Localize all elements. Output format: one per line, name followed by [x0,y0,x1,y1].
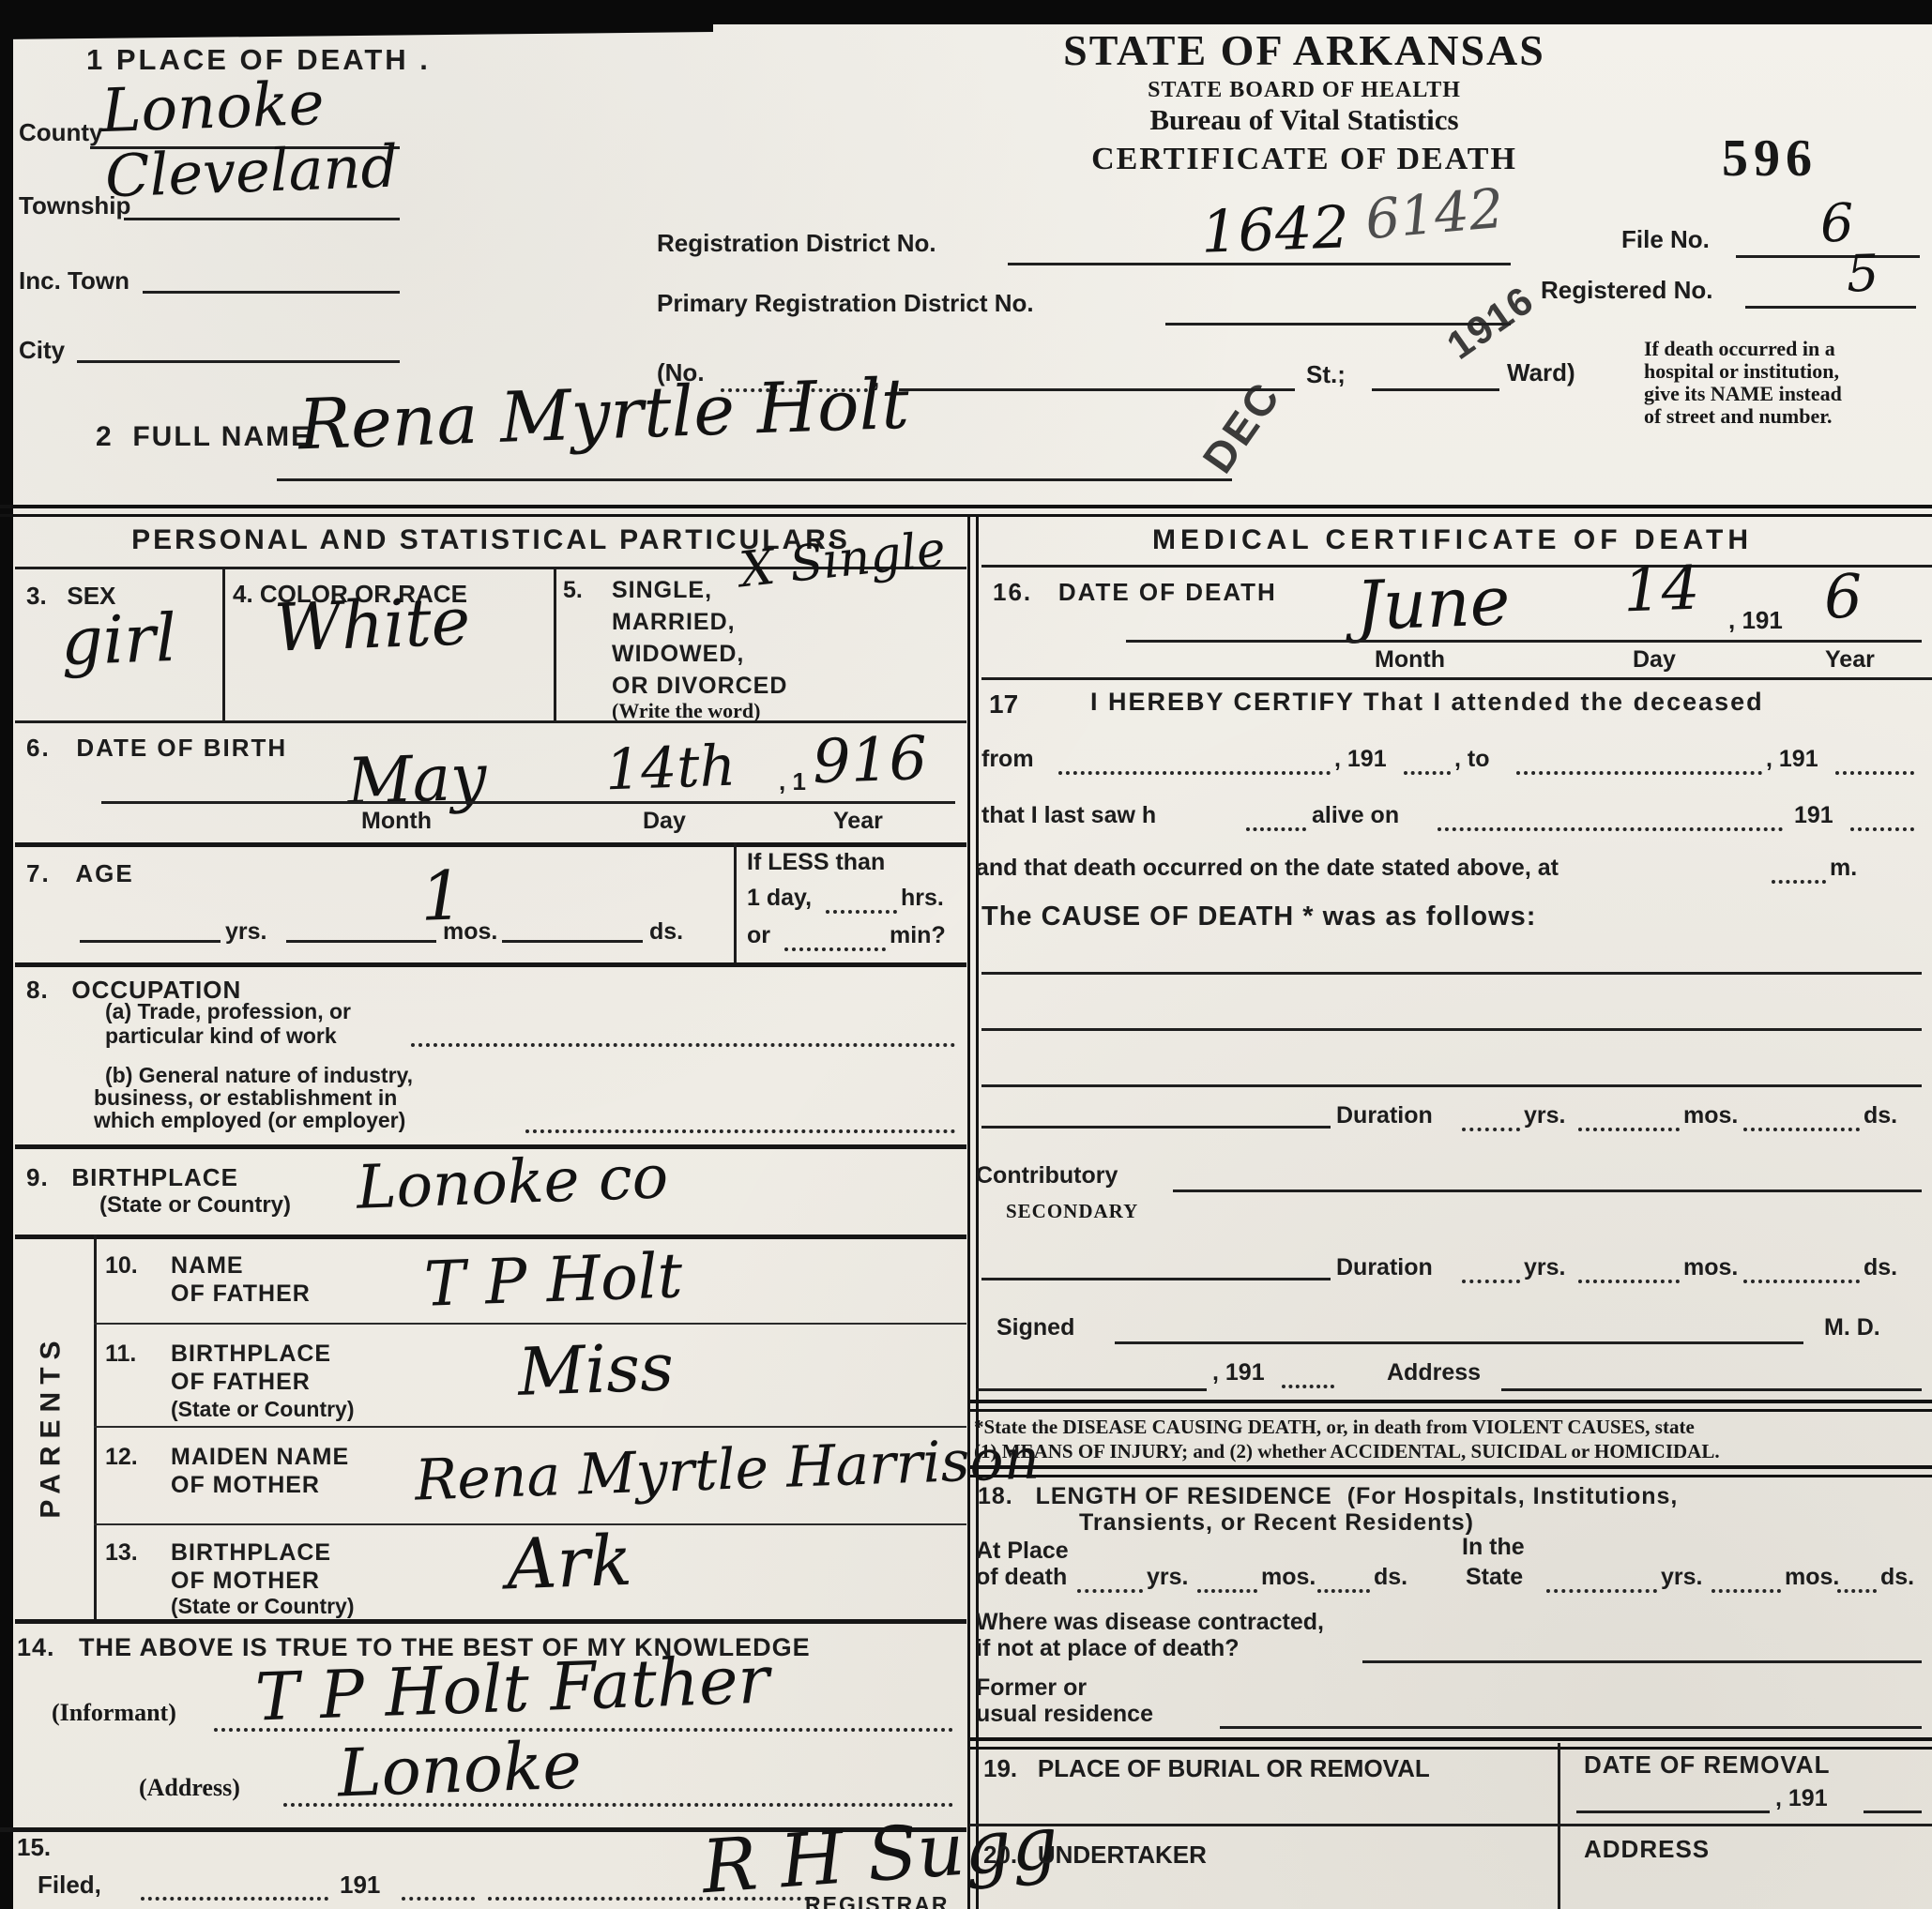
occupation-b-line1: (b) General nature of industry, [105,1064,413,1086]
last-saw-dots [1246,799,1306,831]
birthplace-label: 9. BIRTHPLACE [26,1165,238,1190]
filed-year: 191 [340,1872,380,1898]
sex-race-divider [222,568,225,720]
age-label: 7. AGE [26,861,134,886]
father-name-line [94,1293,966,1325]
scan-top-edge-blob [0,0,713,39]
cause-blank-line-2 [981,996,1922,1031]
former-residence-line [1220,1696,1922,1729]
dob-bottom-rule [15,842,966,847]
inc-town-label: Inc. Town [19,268,129,294]
marital-option-married: MARRIED, [612,610,736,634]
father-birthplace-label-1: BIRTHPLACE [171,1341,331,1366]
duration2-line [981,1246,1331,1280]
right-section-title: MEDICAL CERTIFICATE OF DEATH [983,525,1922,555]
alive-on-line [1438,799,1783,831]
former-residence-label-2: usual residence [976,1702,1153,1726]
age-subbox-divider [734,842,737,964]
ward-label: Ward) [1507,360,1575,386]
cause-of-death-label: The CAUSE OF DEATH * was as follows: [981,902,1536,931]
race-marital-divider [554,568,556,720]
residence-label-line-1: 18. LENGTH OF RESIDENCE (For Hospitals, … [978,1484,1678,1508]
in-state-ds-dots [1837,1561,1877,1593]
mother-birthplace-number: 13. [105,1540,138,1565]
dob-month-caption: Month [361,809,432,833]
attended-to-year-dots [1835,743,1914,775]
race-value: White [273,587,471,663]
in-state-yrs-label: yrs. [1661,1565,1702,1589]
attended-to-line [1516,743,1762,775]
duration2-yrs-dots [1462,1251,1520,1283]
certify-statement: I HEREBY CERTIFY That I attended the dec… [1090,689,1764,715]
sex-value: girl [60,604,178,677]
signed-address-line [1501,1356,1922,1391]
age-line-seg3 [502,908,643,943]
registered-no-label: Registered No. [1541,278,1713,303]
duration2-ds-label: ds. [1864,1255,1897,1280]
date-of-death-line [1126,606,1922,643]
age-min-label: min? [890,923,946,947]
age-hrs-dots [826,882,897,914]
in-the-label-2: State [1466,1565,1523,1589]
county-value: Lonoke [100,73,326,144]
registration-district-value-2: 6142 [1363,180,1506,250]
at-place-yrs-dots [1077,1561,1143,1593]
age-or-label: or [747,923,770,947]
hospital-note-line-1: If death occurred in a [1644,338,1835,359]
mother-birthplace-sublabel: (State or Country) [171,1595,355,1617]
marital-option-single: SINGLE, [612,578,712,602]
parents-vertical-label-box: PARENTS [13,1295,90,1557]
mother-name-number: 12. [105,1445,138,1469]
residence-label-line-2: Transients, or Recent Residents) [1079,1510,1474,1535]
age-one-day-label: 1 day, [747,886,812,910]
disease-contracted-label-1: Where was disease contracted, [976,1610,1324,1634]
age-ds-label: ds. [649,919,683,944]
duration2-label: Duration [1336,1255,1433,1280]
secondary-label: SECONDARY [1006,1201,1138,1221]
filed-number: 15. [17,1835,51,1860]
removal-date-year: , 191 [1775,1786,1828,1811]
filed-year-dots [402,1869,475,1901]
in-state-mos-label: mos. [1785,1565,1839,1589]
attended-from-year: , 191 [1334,747,1387,771]
mother-birthplace-value: Ark [506,1525,633,1602]
board-subtitle: STATE BOARD OF HEALTH [976,79,1633,102]
row345-bottom-rule [15,720,966,723]
registered-no-value: 5 [1846,247,1879,301]
death-certificate-scan: 1 PLACE OF DEATH . County Lonoke Townshi… [0,0,1932,1909]
at-place-yrs-label: yrs. [1147,1565,1188,1589]
mother-name-label-1: MAIDEN NAME [171,1445,349,1469]
father-name-label-1: NAME [171,1253,244,1278]
duration1-ds-label: ds. [1864,1103,1897,1128]
dob-line [101,767,955,804]
alive-on-year: 191 [1794,803,1833,827]
signed-md-label: M. D. [1824,1315,1880,1340]
marital-instruction: (Write the word) [612,700,760,721]
mother-birthplace-label-2: OF MOTHER [171,1568,320,1593]
occupation-a-line2: particular kind of work [105,1024,337,1047]
occupation-a-dots [411,1017,955,1047]
at-place-label-1: At Place [976,1538,1069,1563]
occupation-b-line2: business, or establishment in [94,1086,397,1109]
bureau-subtitle: Bureau of Vital Statistics [976,105,1633,136]
removal-date-year-line [1864,1780,1922,1813]
dod-day-caption: Day [1633,647,1676,672]
attended-to-label: , to [1454,747,1490,771]
street-label: St.; [1306,362,1346,387]
duration1-ds-dots [1743,1099,1860,1131]
hospital-note-line-2: hospital or institution, [1644,360,1839,382]
in-state-ds-label: ds. [1880,1565,1914,1589]
parents-vertical-label: PARENTS [36,1333,68,1518]
contributory-label: Contributory [976,1163,1118,1188]
age-less-than-label: If LESS than [747,850,885,874]
father-birthplace-line [94,1396,966,1428]
signed-label: Signed [996,1315,1074,1340]
duration2-yrs-label: yrs. [1524,1255,1565,1280]
attended-from-label: from [981,747,1034,771]
undertaker-label: 20. UNDERTAKER [983,1842,1207,1868]
signed-line [1115,1310,1803,1344]
registrar-label: REGISTRAR [805,1893,949,1909]
dod-year-caption: Year [1825,647,1875,672]
marital-option-widowed: WIDOWED, [612,642,744,666]
registration-district-value: 1642 [1200,196,1350,263]
attended-to-year: , 191 [1766,747,1818,771]
date-of-removal-label: DATE OF REMOVAL [1584,1752,1830,1778]
former-residence-label-1: Former or [976,1675,1087,1700]
footnote-line-1: *State the DISEASE CAUSING DEATH, or, in… [974,1417,1695,1437]
duration2-mos-label: mos. [1683,1255,1738,1280]
duration2-ds-dots [1743,1251,1860,1283]
parents-bottom-rule [15,1619,966,1624]
duration1-line [981,1094,1331,1129]
death-occurred-dots [1772,852,1826,884]
filed-date-dots [141,1869,328,1901]
disease-contracted-line [1362,1630,1922,1663]
alive-on-year-dots [1850,799,1914,831]
alive-on-label: alive on [1312,803,1399,827]
age-line-seg1 [80,908,221,943]
disease-contracted-label-2: if not at place of death? [976,1636,1240,1660]
dod-bottom-rule [981,677,1932,680]
at-place-mos-label: mos. [1261,1565,1316,1589]
signed-date-line [976,1356,1207,1391]
registered-no-line [1745,274,1916,309]
death-occurred-statement: and that death occurred on the date stat… [976,856,1559,880]
last-saw-label: that I last saw h [981,803,1156,827]
hospital-note-line-3: give its NAME instead [1644,383,1842,404]
signed-address-label: Address [1387,1360,1481,1385]
informant-line [214,1698,953,1732]
footnote-bottom-rule [969,1465,1932,1477]
certificate-title: CERTIFICATE OF DEATH [976,143,1633,176]
duration2-mos-dots [1578,1251,1680,1283]
signed-date-year: , 191 [1212,1360,1265,1385]
dob-label: 6. DATE OF BIRTH [26,735,287,761]
primary-registration-label: Primary Registration District No. [657,291,1034,316]
mother-birthplace-label-1: BIRTHPLACE [171,1540,331,1565]
footnote-line-2: (1) MEANS OF INJURY; and (2) whether ACC… [974,1441,1720,1462]
mother-name-line [94,1493,966,1525]
street-name-line [899,356,1295,391]
ward-line [1372,356,1499,391]
city-label: City [19,338,65,363]
age-bottom-rule [15,962,966,967]
cause-blank-line-3 [981,1053,1922,1087]
contributory-line [1173,1158,1922,1192]
birthplace-value: Lonoke co [356,1146,669,1220]
certificate-number: 596 [1722,131,1818,187]
certify-number: 17 [989,690,1018,718]
burial-label: 19. PLACE OF BURIAL OR REMOVAL [983,1756,1430,1781]
duration1-mos-label: mos. [1683,1103,1738,1128]
age-hrs-label: hrs. [901,886,944,910]
marital-option-divorced: OR DIVORCED [612,674,787,698]
cause-blank-line-1 [981,940,1922,975]
informant-address-line [283,1773,953,1807]
city-line [77,328,400,363]
footnote-top-rule [969,1400,1932,1412]
attended-from-line [1058,743,1331,775]
occupation-a-line1: (a) Trade, profession, or [105,1000,351,1023]
in-the-label-1: In the [1462,1535,1525,1559]
occupation-b-dots [525,1103,955,1133]
informant-label: (Informant) [52,1700,176,1725]
father-name-number: 10. [105,1253,138,1278]
removal-date-line [1576,1780,1770,1813]
age-yrs-label: yrs. [225,919,266,944]
duration1-label: Duration [1336,1103,1433,1128]
father-birthplace-number: 11. [105,1341,136,1366]
undertaker-address-label: ADDRESS [1584,1837,1710,1862]
header-divider-rule [0,505,1932,517]
signed-date-year-dots [1282,1356,1334,1388]
township-value: Cleveland [104,136,399,207]
at-place-ds-label: ds. [1374,1565,1407,1589]
registration-district-label: Registration District No. [657,231,936,256]
at-place-label-2: of death [976,1565,1067,1589]
at-place-ds-dots [1317,1561,1370,1593]
dob-day-caption: Day [643,809,686,833]
hospital-note-line-4: of street and number. [1644,405,1832,427]
age-line-seg2 [286,908,436,943]
file-no-label: File No. [1621,227,1710,252]
birthplace-sublabel: (State or Country) [99,1193,291,1217]
informant-address-label: (Address) [139,1775,240,1800]
birthplace-bottom-rule [15,1235,966,1239]
at-place-mos-dots [1197,1561,1257,1593]
duration1-mos-dots [1578,1099,1680,1131]
marital-number: 5. [563,578,583,602]
duration1-yrs-label: yrs. [1524,1103,1565,1128]
duration1-yrs-dots [1462,1099,1520,1131]
date-of-death-label: 16. DATE OF DEATH [993,580,1277,605]
inc-town-line [143,259,400,294]
attended-from-year-dots [1404,743,1451,775]
burial-top-rule [969,1737,1932,1750]
occupation-b-line3: which employed (or employer) [94,1109,405,1131]
age-months-value: 1 [419,860,464,932]
filed-label: Filed, [38,1872,101,1898]
dod-month-caption: Month [1375,647,1445,672]
death-occurred-m-label: m. [1830,856,1857,880]
father-birthplace-label-2: OF FATHER [171,1370,311,1394]
dob-year-caption: Year [833,809,883,833]
in-state-mos-dots [1711,1561,1781,1593]
undertaker-top-rule [969,1824,1932,1826]
age-min-dots [784,919,886,951]
state-title: STATE OF ARKANSAS [976,28,1633,73]
in-state-yrs-dots [1546,1561,1657,1593]
scan-left-edge [0,0,13,1909]
